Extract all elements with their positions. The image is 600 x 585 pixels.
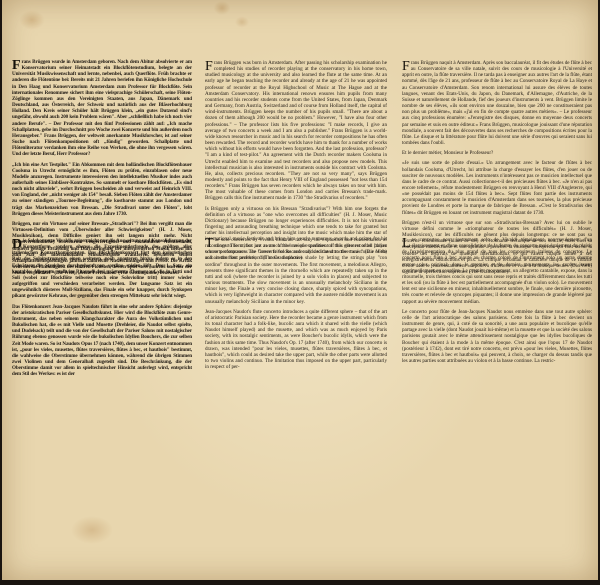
english-biography-section: Frans Brüggen was born in Amsterdam. Aft… <box>205 60 387 265</box>
french-column: Frans Brüggen naquit à Amsterdam. Après … <box>402 0 592 580</box>
paragraph: Le concerto pour flûte de Jean-Jacques N… <box>402 309 592 364</box>
english-column: Frans Brüggen was born in Amsterdam. Aft… <box>205 0 387 580</box>
german-works-section: Die Solokonzerte Vivaldis zeigen nicht n… <box>12 238 192 381</box>
scan-border <box>0 580 600 585</box>
french-works-section: Les concertos pour instrument solo de Vi… <box>402 237 592 368</box>
paragraph: Les concertos pour instrument solo de Vi… <box>402 237 592 305</box>
paragraph: Frans Brüggen wurde in Amsterdam geboren… <box>12 59 192 158</box>
paragraph: Frans Brüggen naquit à Amsterdam. Après … <box>402 60 592 146</box>
paragraph: Frans Brüggen was born in Amsterdam. Aft… <box>205 60 387 202</box>
german-column: Frans Brüggen wurde in Amsterdam geboren… <box>12 0 192 580</box>
paragraph: Jean-Jacques Naudot's flute concerto int… <box>205 309 387 371</box>
paragraph: The solo concertos by Vivaldi illustrate… <box>205 237 387 305</box>
paragraph: Et le dernier métier, Monsieur le Profes… <box>402 150 592 156</box>
paragraph: Die Solokonzerte Vivaldis zeigen nicht n… <box>12 238 192 300</box>
paragraph: „Ich bin eine Art Testpilot." Ein Abkomm… <box>12 162 192 217</box>
paragraph: «Je suis une sorte de pilote d'essai.» U… <box>402 160 592 215</box>
record-sleeve-back: Frans Brüggen wurde in Amsterdam geboren… <box>2 0 598 580</box>
paragraph: Das Flötenkonzert Jean-Jacques Naudots f… <box>12 304 192 378</box>
english-works-section: The solo concertos by Vivaldi illustrate… <box>205 237 387 374</box>
